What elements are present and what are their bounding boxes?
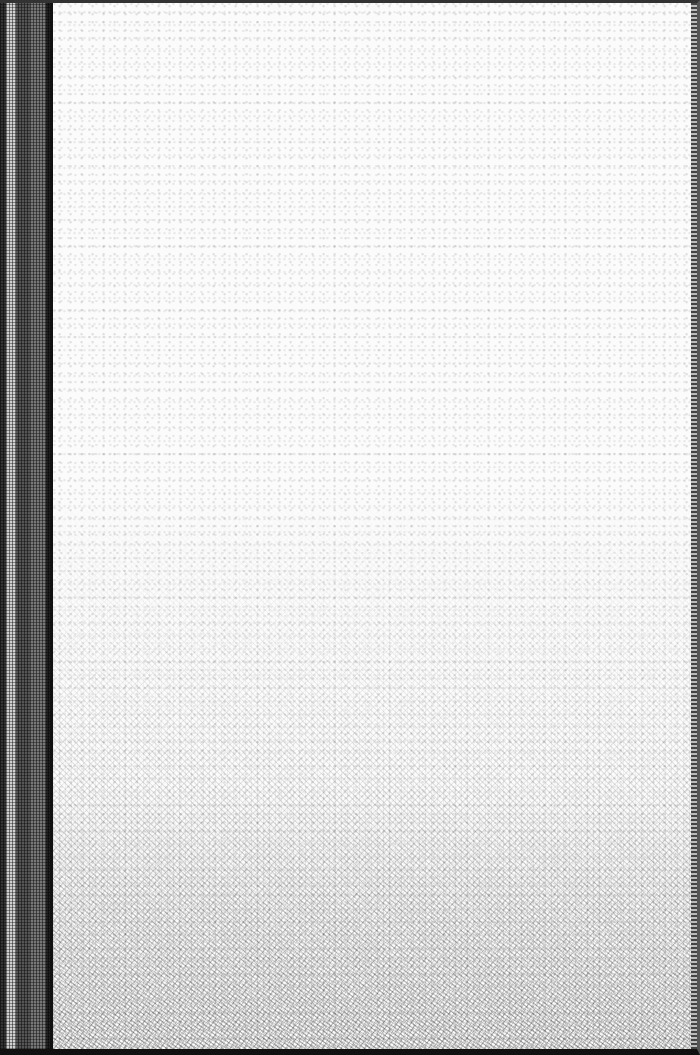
- scan-noise-texture-dense: [53, 789, 697, 1049]
- cover-right-edge: [691, 3, 697, 1049]
- book-cover: Scanned dithered book cover with a dark …: [0, 0, 700, 1055]
- book-spine: [0, 3, 52, 1049]
